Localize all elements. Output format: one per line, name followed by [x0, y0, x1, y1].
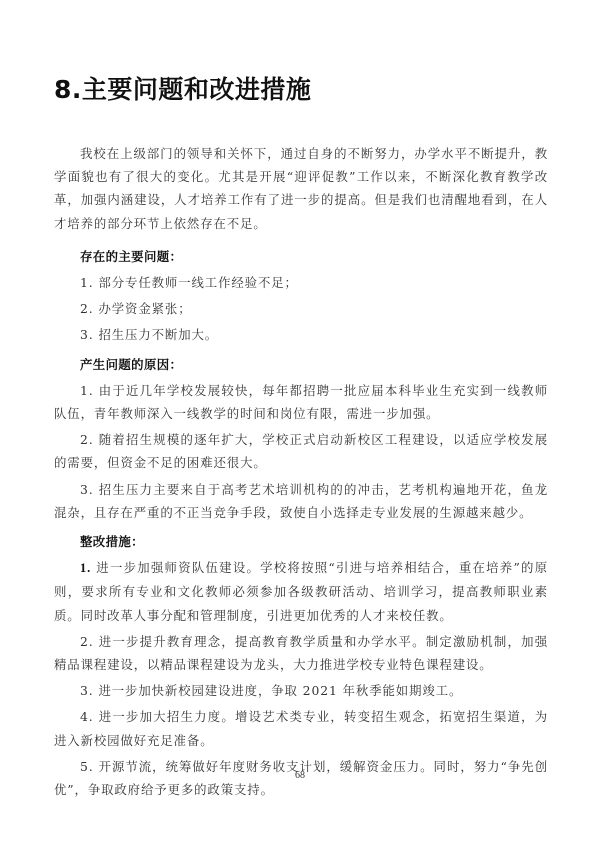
measure-number: 3.: [80, 683, 94, 698]
problem-item: 2. 办学资金紧张；: [54, 297, 548, 320]
measure-text: 进一步加强师资队伍建设。学校将按照“引进与培养相结合，重在培养”的原则，要求所有…: [54, 560, 548, 622]
intro-paragraph: 我校在上级部门的领导和关怀下，通过自身的不断努力，办学水平不断提升，教学面貌也有…: [54, 142, 548, 235]
cause-item: 3. 招生压力主要来自于高考艺术培训机构的的冲击，艺考机构遍地开花，鱼龙混杂，且…: [54, 478, 548, 524]
measure-number: 2.: [80, 634, 94, 649]
section-body: 我校在上级部门的领导和关怀下，通过自身的不断努力，办学水平不断提升，教学面貌也有…: [54, 142, 548, 801]
problem-item: 1. 部分专任教师一线工作经验不足；: [54, 271, 548, 294]
measures-heading: 整改措施：: [54, 530, 548, 553]
measure-item: 4. 进一步加大招生力度。增设艺术类专业，转变招生观念，拓宽招生渠道，为进入新校…: [54, 705, 548, 751]
page-number: 68: [0, 770, 600, 781]
measure-text: 进一步提升教育理念，提高教育教学质量和办学水平。制定激励机制，加强精品课程建设，…: [54, 634, 548, 672]
causes-heading: 产生问题的原因：: [54, 353, 548, 376]
document-page: 8.主要问题和改进措施 我校在上级部门的领导和关怀下，通过自身的不断努力，办学水…: [0, 0, 600, 849]
problem-item: 3. 招生压力不断加大。: [54, 323, 548, 346]
problems-heading: 存在的主要问题：: [54, 245, 548, 268]
measure-number: 4.: [80, 709, 94, 724]
measure-number: 1.: [80, 561, 91, 575]
measure-text: 进一步加大招生力度。增设艺术类专业，转变招生观念，拓宽招生渠道，为进入新校园做好…: [54, 709, 548, 747]
section-title: 8.主要问题和改进措施: [54, 70, 311, 106]
measure-item: 1. 进一步加强师资队伍建设。学校将按照“引进与培养相结合，重在培养”的原则，要…: [54, 556, 548, 627]
cause-item: 1. 由于近几年学校发展较快，每年都招聘一批应届本科毕业生充实到一线教师队伍，青…: [54, 379, 548, 425]
cause-item: 2. 随着招生规模的逐年扩大，学校正式启动新校区工程建设，以适应学校发展的需要，…: [54, 428, 548, 474]
measure-text: 进一步加快新校园建设进度，争取 2021 年秋季能如期竣工。: [94, 683, 463, 698]
measure-item: 2. 进一步提升教育理念，提高教育教学质量和办学水平。制定激励机制，加强精品课程…: [54, 630, 548, 676]
measure-item: 3. 进一步加快新校园建设进度，争取 2021 年秋季能如期竣工。: [54, 679, 548, 702]
